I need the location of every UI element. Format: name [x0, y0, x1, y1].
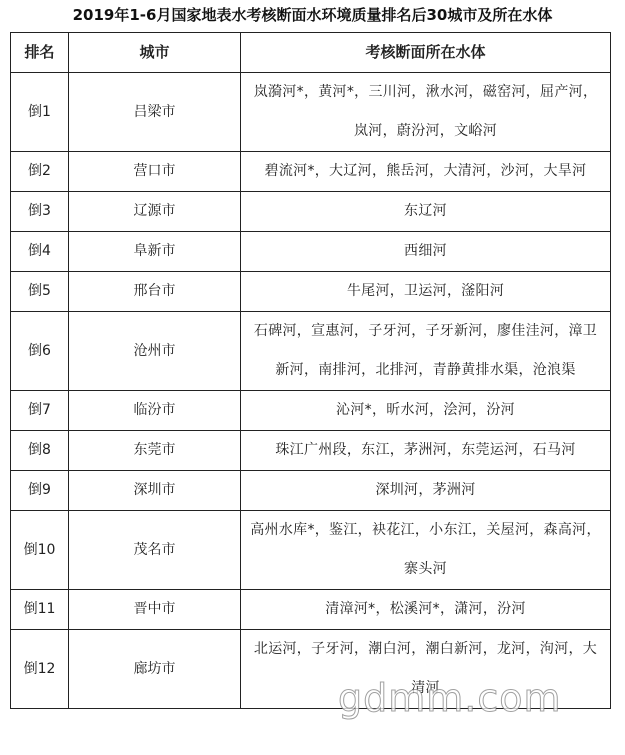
rank-cell: 倒11	[11, 590, 69, 630]
table-header-row: 排名 城市 考核断面所在水体	[11, 33, 611, 73]
table-row: 倒10 茂名市 高州水库*，鉴江，袂花江，小东江，关屋河，森高河，寨头河	[11, 511, 611, 590]
water-bodies-cell: 清漳河*，松溪河*，潇河，汾河	[241, 590, 611, 630]
city-cell: 辽源市	[69, 192, 241, 232]
table-row: 倒2 营口市 碧流河*，大辽河，熊岳河，大清河，沙河，大旱河	[11, 152, 611, 192]
table-row: 倒7 临汾市 沁河*，昕水河，浍河，汾河	[11, 391, 611, 431]
city-cell: 邢台市	[69, 272, 241, 312]
header-rank: 排名	[11, 33, 69, 73]
rank-cell: 倒9	[11, 471, 69, 511]
rank-cell: 倒3	[11, 192, 69, 232]
header-city: 城市	[69, 33, 241, 73]
city-cell: 晋中市	[69, 590, 241, 630]
city-cell: 廊坊市	[69, 630, 241, 709]
rank-cell: 倒7	[11, 391, 69, 431]
rank-cell: 倒12	[11, 630, 69, 709]
table-row: 倒9 深圳市 深圳河，茅洲河	[11, 471, 611, 511]
ranking-table: 排名 城市 考核断面所在水体 倒1 吕梁市 岚漪河*，黄河*，三川河，湫水河，磁…	[10, 32, 611, 709]
rank-cell: 倒6	[11, 312, 69, 391]
rank-cell: 倒10	[11, 511, 69, 590]
city-cell: 营口市	[69, 152, 241, 192]
watermark: gdmm.com	[338, 676, 562, 720]
city-cell: 临汾市	[69, 391, 241, 431]
water-bodies-cell: 石碑河，宣惠河，子牙河，子牙新河，廖佳洼河，漳卫新河，南排河，北排河，青静黄排水…	[241, 312, 611, 391]
city-cell: 沧州市	[69, 312, 241, 391]
table-row: 倒3 辽源市 东辽河	[11, 192, 611, 232]
water-bodies-cell: 岚漪河*，黄河*，三川河，湫水河，磁窑河，屈产河，岚河，蔚汾河，文峪河	[241, 73, 611, 152]
table-row: 倒5 邢台市 牛尾河，卫运河，滏阳河	[11, 272, 611, 312]
water-bodies-cell: 牛尾河，卫运河，滏阳河	[241, 272, 611, 312]
table-row: 倒4 阜新市 西细河	[11, 232, 611, 272]
city-cell: 吕梁市	[69, 73, 241, 152]
rank-cell: 倒8	[11, 431, 69, 471]
water-bodies-cell: 高州水库*，鉴江，袂花江，小东江，关屋河，森高河，寨头河	[241, 511, 611, 590]
water-bodies-cell: 西细河	[241, 232, 611, 272]
rank-cell: 倒1	[11, 73, 69, 152]
city-cell: 深圳市	[69, 471, 241, 511]
table-row: 倒1 吕梁市 岚漪河*，黄河*，三川河，湫水河，磁窑河，屈产河，岚河，蔚汾河，文…	[11, 73, 611, 152]
document-title: 2019年1-6月国家地表水考核断面水环境质量排名后30城市及所在水体	[0, 4, 625, 25]
rank-cell: 倒5	[11, 272, 69, 312]
water-bodies-cell: 深圳河，茅洲河	[241, 471, 611, 511]
water-bodies-cell: 东辽河	[241, 192, 611, 232]
water-bodies-cell: 沁河*，昕水河，浍河，汾河	[241, 391, 611, 431]
city-cell: 茂名市	[69, 511, 241, 590]
water-bodies-cell: 珠江广州段，东江，茅洲河，东莞运河，石马河	[241, 431, 611, 471]
rank-cell: 倒2	[11, 152, 69, 192]
rank-cell: 倒4	[11, 232, 69, 272]
water-bodies-cell: 碧流河*，大辽河，熊岳河，大清河，沙河，大旱河	[241, 152, 611, 192]
city-cell: 东莞市	[69, 431, 241, 471]
table-row: 倒11 晋中市 清漳河*，松溪河*，潇河，汾河	[11, 590, 611, 630]
header-water-bodies: 考核断面所在水体	[241, 33, 611, 73]
city-cell: 阜新市	[69, 232, 241, 272]
table-row: 倒6 沧州市 石碑河，宣惠河，子牙河，子牙新河，廖佳洼河，漳卫新河，南排河，北排…	[11, 312, 611, 391]
table-row: 倒8 东莞市 珠江广州段，东江，茅洲河，东莞运河，石马河	[11, 431, 611, 471]
